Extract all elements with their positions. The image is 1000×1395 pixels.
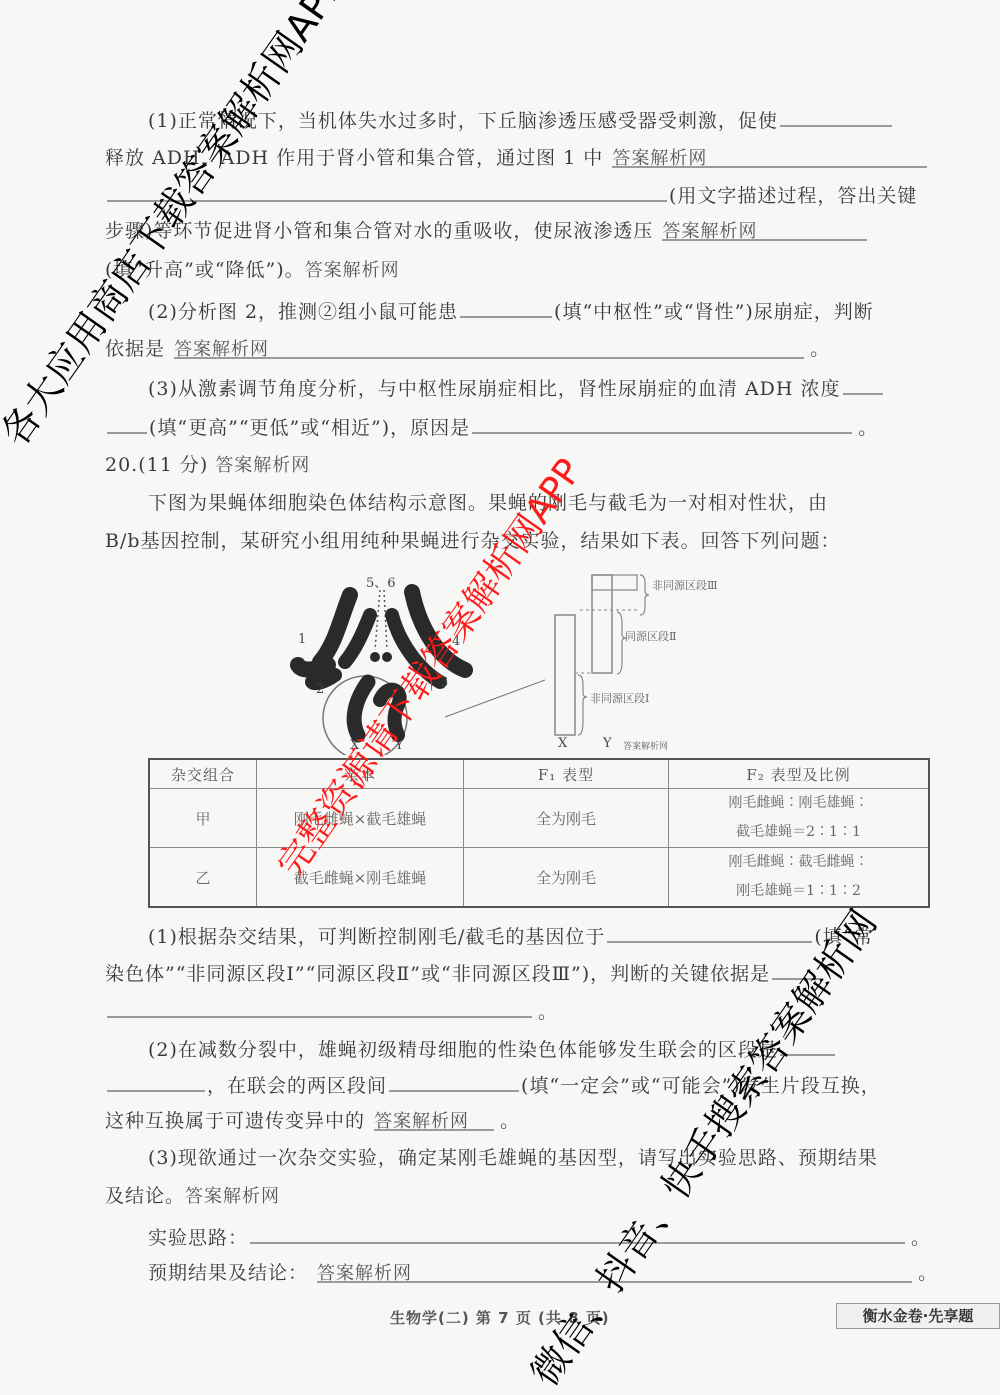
column-header: F₁ 表型 xyxy=(464,759,669,789)
text: (1)根据杂交结果，可判断控制刚毛/截毛的基因位于 xyxy=(148,926,605,948)
text: (用文字描述过程，答出关键 xyxy=(669,185,917,207)
text: 及结论。 xyxy=(105,1185,185,1207)
answer-blank[interactable] xyxy=(107,180,667,202)
chromosome-label: X xyxy=(350,738,359,753)
text: ，在联会的两区段间 xyxy=(207,1075,387,1097)
answer-blank[interactable]: 答案解析网 xyxy=(662,219,867,241)
cross-results-table: 杂交组合 亲本 F₁ 表型 F₂ 表型及比例 甲 刚毛雌蝇×截毛雄蝇 全为刚毛 … xyxy=(148,758,930,908)
q20-intro-line1: 下图为果蝇体细胞染色体结构示意图。果蝇的刚毛与截毛为一对相对性状，由 xyxy=(148,490,945,516)
q20-p1-line3: 。 xyxy=(105,996,945,1025)
answer-blank[interactable]: 答案解析网 xyxy=(374,1109,494,1131)
answer-blank[interactable] xyxy=(107,412,147,434)
text: B/b基因控制，某研究小组用纯种果蝇进行杂交实验，结果如下表。回答下列问题： xyxy=(105,530,841,552)
x-chromosome-label: X xyxy=(558,736,567,751)
cell-parents: 刚毛雌蝇×截毛雄蝇 xyxy=(257,789,464,848)
cell-f2: 刚毛雌蝇∶截毛雌蝇∶ 刚毛雄蝇＝1∶1∶2 xyxy=(669,848,930,908)
q20-p1-line1: (1)根据杂交结果，可判断控制刚毛/截毛的基因位于(填“常 xyxy=(148,921,945,950)
q20-p3-line2: 及结论。答案解析网 xyxy=(105,1183,945,1210)
q20-result-line: 预期结果及结论： 答案解析网。 xyxy=(148,1260,945,1286)
column-header: 亲本 xyxy=(257,759,464,789)
text: (填“一定会”或“可能会”)发生片段互换， xyxy=(521,1075,881,1097)
figure-watermark: 答案解析网 xyxy=(623,739,668,752)
chromosome-label: 5、6 xyxy=(366,572,396,591)
filled-watermark-text: 答案解析网 xyxy=(185,1186,280,1207)
answer-blank[interactable] xyxy=(780,105,892,127)
cell-parents: 截毛雌蝇×刚毛雄蝇 xyxy=(257,848,464,908)
answer-blank[interactable] xyxy=(780,1034,835,1056)
text: 。 xyxy=(500,1110,520,1132)
answer-blank[interactable] xyxy=(472,412,852,434)
text: (填“升高”或“降低”)。 xyxy=(105,259,305,281)
q19-p3-line2: (填“更高”“更低”或“相近”)，原因是。 xyxy=(105,412,945,441)
field-label: 预期结果及结论： xyxy=(148,1262,308,1284)
text: 释放 ADH，ADH 作用于肾小管和集合管，通过图 1 中 xyxy=(105,147,603,169)
expected-result-blank[interactable]: 答案解析网 xyxy=(317,1261,912,1283)
y-chromosome-label: Y xyxy=(603,736,612,751)
q20-idea-line: 实验思路：。 xyxy=(148,1222,945,1251)
text: (3)现欲通过一次杂交实验，确定某刚毛雄蝇的基因型，请写出实验思路、预期结果 xyxy=(148,1147,878,1169)
text: (2)分析图 2，推测②组小鼠可能患 xyxy=(148,301,458,323)
filled-watermark-text: 答案解析网 xyxy=(215,455,310,476)
chromosome-diagram-icon xyxy=(280,570,760,755)
f2-line: 刚毛雄蝇＝1∶1∶2 xyxy=(673,877,924,906)
q20-intro-line2: B/b基因控制，某研究小组用纯种果蝇进行杂交实验，结果如下表。回答下列问题： xyxy=(105,528,945,554)
segment-label-II: 同源区段Ⅱ xyxy=(625,628,676,644)
answer-blank[interactable]: 答案解析网 xyxy=(612,146,927,168)
q20-p2-line1: (2)在减数分裂中，雄蝇初级精母细胞的性染色体能够发生联会的区段是 xyxy=(148,1034,945,1063)
text: 。 xyxy=(810,338,830,360)
q19-p1-line5: (填“升高”或“降低”)。答案解析网 xyxy=(105,257,945,284)
column-header: F₂ 表型及比例 xyxy=(669,759,930,789)
table-row: 甲 刚毛雌蝇×截毛雄蝇 全为刚毛 刚毛雌蝇∶刚毛雄蝇∶ 截毛雄蝇＝2∶1∶1 xyxy=(149,789,929,848)
text: 。 xyxy=(538,1001,558,1023)
chromosome-label: 3 xyxy=(440,675,448,690)
text: 依据是 xyxy=(105,338,165,360)
q20-p3-line1: (3)现欲通过一次杂交实验，确定某刚毛雄蝇的基因型，请写出实验思路、预期结果 xyxy=(148,1145,945,1171)
q20-p2-line2: ，在联会的两区段间(填“一定会”或“可能会”)发生片段互换， xyxy=(105,1070,945,1099)
answer-blank[interactable] xyxy=(843,373,883,395)
cell-f2: 刚毛雌蝇∶刚毛雄蝇∶ 截毛雄蝇＝2∶1∶1 xyxy=(669,789,930,848)
table-header-row: 杂交组合 亲本 F₁ 表型 F₂ 表型及比例 xyxy=(149,759,929,789)
q19-p1-line2: 释放 ADH，ADH 作用于肾小管和集合管，通过图 1 中 答案解析网 xyxy=(105,145,945,171)
chromosome-label: 1 xyxy=(298,632,306,647)
brand-badge: 衡水金卷·先享题 xyxy=(836,1303,1000,1329)
q19-p2-line2: 依据是 答案解析网。 xyxy=(105,336,945,362)
text: 染色体”“非同源区段Ⅰ”“同源区段Ⅱ”或“非同源区段Ⅲ”)，判断的关键依据是 xyxy=(105,963,770,985)
q19-p1-line1: (1)正常情况下，当机体失水过多时，下丘脑渗透压感受器受刺激，促使 xyxy=(148,105,945,134)
answer-blank[interactable]: 答案解析网 xyxy=(174,337,804,359)
filled-watermark-text: 答案解析网 xyxy=(374,1111,469,1132)
f2-line: 截毛雄蝇＝2∶1∶1 xyxy=(673,818,924,847)
text: (2)在减数分裂中，雄蝇初级精母细胞的性染色体能够发生联会的区段是 xyxy=(148,1039,778,1061)
segment-label-I: 非同源区段Ⅰ xyxy=(590,690,649,706)
text: 步骤)等环节促进肾小管和集合管对水的重吸收，使尿液渗透压 xyxy=(105,220,653,242)
chromosome-label: 2 xyxy=(316,682,324,697)
cell-f1: 全为刚毛 xyxy=(464,789,669,848)
answer-blank[interactable] xyxy=(607,921,812,943)
q20-heading: 20.(11 分) 答案解析网 xyxy=(105,452,945,479)
f2-line: 刚毛雌蝇∶截毛雌蝇∶ xyxy=(673,848,924,877)
filled-watermark-text: 答案解析网 xyxy=(174,339,269,360)
question-number: 20.(11 分) xyxy=(105,454,208,476)
text: (3)从激素调节角度分析，与中枢性尿崩症相比，肾性尿崩症的血清 ADH 浓度 xyxy=(148,378,841,400)
chromosome-label: Y xyxy=(395,738,404,753)
text: 下图为果蝇体细胞染色体结构示意图。果蝇的刚毛与截毛为一对相对性状，由 xyxy=(148,492,828,514)
answer-blank[interactable] xyxy=(107,996,532,1018)
chromosome-figure: 1 2 3 4 5、6 X Y X Y 非同源区段Ⅲ 同源区段Ⅱ 非同源区段Ⅰ … xyxy=(280,570,760,755)
q19-p1-line4: 步骤)等环节促进肾小管和集合管对水的重吸收，使尿液渗透压 答案解析网 xyxy=(105,218,945,244)
page-footer: 生物学(二) 第 7 页 (共 8 页) xyxy=(390,1307,610,1328)
q19-p3-line1: (3)从激素调节角度分析，与中枢性尿崩症相比，肾性尿崩症的血清 ADH 浓度 xyxy=(148,373,945,402)
filled-watermark-text: 答案解析网 xyxy=(612,148,707,169)
text: 。 xyxy=(858,417,878,439)
answer-blank[interactable] xyxy=(107,1070,205,1092)
cell-group: 乙 xyxy=(149,848,257,908)
q19-p2-line1: (2)分析图 2，推测②组小鼠可能患(填“中枢性”或“肾性”)尿崩症，判断 xyxy=(148,296,945,325)
answer-blank[interactable] xyxy=(389,1070,519,1092)
cell-f1: 全为刚毛 xyxy=(464,848,669,908)
chromosome-label: 4 xyxy=(452,634,460,649)
answer-blank[interactable] xyxy=(772,958,822,980)
text: 。 xyxy=(911,1227,931,1249)
f2-line: 刚毛雌蝇∶刚毛雄蝇∶ xyxy=(673,789,924,818)
table-row: 乙 截毛雌蝇×刚毛雄蝇 全为刚毛 刚毛雌蝇∶截毛雌蝇∶ 刚毛雄蝇＝1∶1∶2 xyxy=(149,848,929,908)
filled-watermark-text: 答案解析网 xyxy=(317,1263,412,1284)
answer-blank[interactable] xyxy=(460,296,552,318)
field-label: 实验思路： xyxy=(148,1227,248,1249)
filled-watermark-text: 答案解析网 xyxy=(305,260,400,281)
filled-watermark-text: 答案解析网 xyxy=(662,221,757,242)
text: (填“常 xyxy=(814,926,873,948)
text: (填“中枢性”或“肾性”)尿崩症，判断 xyxy=(554,301,874,323)
segment-label-III: 非同源区段Ⅲ xyxy=(652,577,718,593)
text: 。 xyxy=(918,1262,938,1284)
column-header: 杂交组合 xyxy=(149,759,257,789)
experiment-idea-blank[interactable] xyxy=(250,1222,905,1244)
text: 这种互换属于可遗传变异中的 xyxy=(105,1110,365,1132)
q19-p1-line3: (用文字描述过程，答出关键 xyxy=(105,180,945,209)
exam-page: (1)正常情况下，当机体失水过多时，下丘脑渗透压感受器受刺激，促使 释放 ADH… xyxy=(0,0,1000,1395)
text: (填“更高”“更低”或“相近”)，原因是 xyxy=(149,417,470,439)
q20-p2-line3: 这种互换属于可遗传变异中的 答案解析网。 xyxy=(105,1108,945,1134)
text: (1)正常情况下，当机体失水过多时，下丘脑渗透压感受器受刺激，促使 xyxy=(148,110,778,132)
cell-group: 甲 xyxy=(149,789,257,848)
q20-p1-line2: 染色体”“非同源区段Ⅰ”“同源区段Ⅱ”或“非同源区段Ⅲ”)，判断的关键依据是 xyxy=(105,958,945,987)
